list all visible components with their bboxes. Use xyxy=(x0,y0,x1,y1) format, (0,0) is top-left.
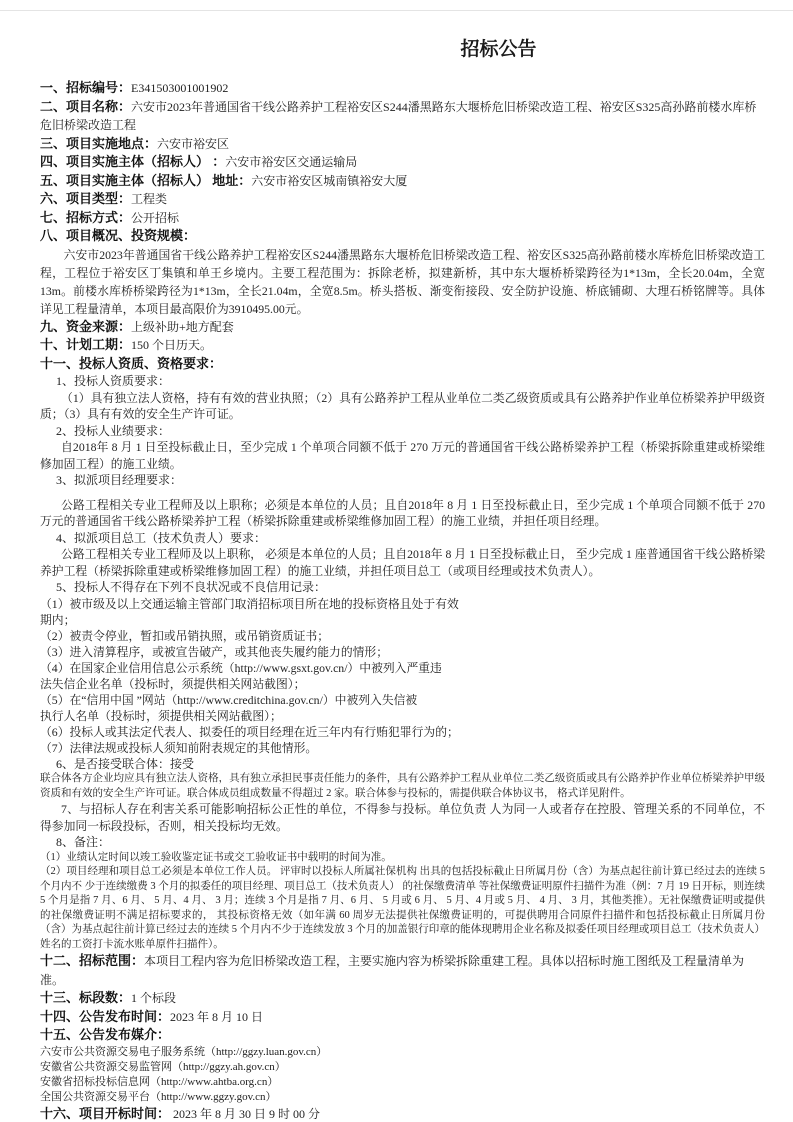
page-top-divider xyxy=(0,10,793,11)
item-value: 六安市裕安区交通运输局 xyxy=(225,155,357,169)
item-announcement-date: 十四、公告发布时间：2023 年 8 月 10 日 xyxy=(40,1008,765,1027)
item-project-location: 三、项目实施地点：六安市裕安区 xyxy=(40,135,765,154)
item-value: 本项目工程内容为危旧桥梁改造工程，主要实施内容为桥梁拆除重建工程。具体以招标时施… xyxy=(40,954,744,987)
item-entity-address: 五、项目实施主体（招标人） 地址：六安市裕安区城南镇裕安大厦 xyxy=(40,172,765,191)
media-channel-1: 六安市公共资源交易电子服务系统（http://ggzy.luan.gov.cn） xyxy=(40,1045,765,1060)
conflict-of-interest-paragraph: 7、与招标人存在利害关系可能影响招标公正性的单位，不得参与投标。单位负责 人为同… xyxy=(40,801,765,834)
overview-paragraph: 六安市2023年普通国省干线公路养护工程裕安区S244潘黑路东大堰桥危旧桥梁改造… xyxy=(40,246,765,318)
item-value: 六安市裕安区 xyxy=(157,137,229,151)
bad-record-line-4-cont: 法失信企业名单（投标时，须提供相关网站截图）； xyxy=(40,676,765,692)
subitem-performance-requirements: 2、投标人业绩要求： xyxy=(40,423,765,440)
item-tender-method: 七、招标方式：公开招标 xyxy=(40,209,765,228)
item-value: 工程类 xyxy=(131,192,167,206)
bad-record-line-3: （3）进入清算程序，或被宣告破产，或其他丧失履约能力的情形； xyxy=(40,644,765,660)
item-label: 四、项目实施主体（招标人） ： xyxy=(40,154,225,169)
media-channel-2: 安徽省公共资源交易监管网（http://ggzy.ah.gov.cn） xyxy=(40,1060,765,1075)
item-announcement-media-heading: 十五、公告发布媒介： xyxy=(40,1026,765,1045)
item-value: 公开招标 xyxy=(131,211,179,225)
item-overview-heading: 八、项目概况、投资规模： xyxy=(40,227,765,246)
item-funding-source: 九、资金来源：上级补助+地方配套 xyxy=(40,318,765,337)
item-label: 三、项目实施地点： xyxy=(40,136,157,151)
item-value: 上级补助+地方配套 xyxy=(131,320,234,334)
item-label: 五、项目实施主体（招标人） 地址： xyxy=(40,173,251,188)
item-label: 十一、投标人资质、资格要求： xyxy=(40,356,222,371)
item-label: 十、计划工期： xyxy=(40,337,131,352)
item-section-count: 十三、标段数：1 个标段 xyxy=(40,989,765,1008)
paragraph-spacer xyxy=(40,489,765,497)
bad-record-line-1-cont: 期内； xyxy=(40,612,765,628)
media-channel-3: 安徽省招标投标信息网（http://www.ahtba.org.cn） xyxy=(40,1075,765,1090)
remark-1: （1）业绩认定时间以竣工验收鉴定证书或交工验收证书中载明的时间为准。 xyxy=(40,851,765,866)
item-value: 1 个标段 xyxy=(131,991,176,1005)
subitem-project-manager-requirements: 3、拟派项目经理要求： xyxy=(40,472,765,489)
project-manager-requirements-paragraph: 公路工程相关专业工程师及以上职称；必须是本单位的人员；且自2018年 8 月 1… xyxy=(40,497,765,530)
subitem-consortium-acceptance: 6、是否接受联合体：接受 xyxy=(40,756,765,773)
item-value: 2023 年 8 月 10 日 xyxy=(170,1010,263,1024)
item-label: 十二、招标范围： xyxy=(40,953,144,968)
item-value: 六安市裕安区城南镇裕安大厦 xyxy=(251,174,407,188)
tender-announcement-document: 招标公告 一、招标编号：E341503001001902 二、项目名称：六安市2… xyxy=(0,34,793,1122)
page-title: 招标公告 xyxy=(40,34,765,61)
item-label: 十六、项目开标时间： xyxy=(40,1106,170,1121)
consortium-conditions-paragraph: 联合体各方企业均应具有独立法人资格，具有独立承担民事责任能力的条件，具有公路养护… xyxy=(40,772,765,801)
item-value: 六安市2023年普通国省干线公路养护工程裕安区S244潘黑路东大堰桥危旧桥梁改造… xyxy=(40,100,756,133)
item-label: 八、项目概况、投资规模： xyxy=(40,228,196,243)
qualification-requirements-paragraph: （1）具有独立法人资格，持有有效的营业执照；（2）具有公路养护工程从业单位二类乙… xyxy=(40,390,765,423)
item-value: 150 个日历天。 xyxy=(131,338,212,352)
item-value: E341503001001902 xyxy=(131,81,228,95)
bad-record-line-7: （7）法律法规或投标人须知前附表规定的其他情形。 xyxy=(40,740,765,756)
item-label: 二、项目名称： xyxy=(40,99,131,114)
bad-record-line-1: （1）被市级及以上交通运输主管部门取消招标项目所在地的投标资格且处于有效 xyxy=(40,596,765,612)
bad-record-line-5-cont: 执行人名单（投标时，须提供相关网站截图）； xyxy=(40,708,765,724)
item-implementing-entity: 四、项目实施主体（招标人） ：六安市裕安区交通运输局 xyxy=(40,153,765,172)
item-label: 九、资金来源： xyxy=(40,319,131,334)
item-qualification-heading: 十一、投标人资质、资格要求： xyxy=(40,355,765,374)
item-project-name: 二、项目名称：六安市2023年普通国省干线公路养护工程裕安区S244潘黑路东大堰… xyxy=(40,98,765,135)
item-value: 2023 年 8 月 30 日 9 时 00 分 xyxy=(170,1107,320,1121)
item-label: 十五、公告发布媒介： xyxy=(40,1027,170,1042)
item-label: 六、项目类型： xyxy=(40,191,131,206)
remark-2: （2）项目经理和项目总工必须是本单位工作人员。 评审时以投标人所属社保机构 出具… xyxy=(40,865,765,952)
subitem-remarks-heading: 8、备注： xyxy=(40,834,765,851)
subitem-bad-record-list-heading: 5、投标人不得存在下列不良状况或不良信用记录： xyxy=(40,579,765,596)
item-bid-opening-time: 十六、项目开标时间： 2023 年 8 月 30 日 9 时 00 分 xyxy=(40,1105,765,1122)
bad-record-line-6: （6）投标人或其法定代表人、拟委任的项目经理在近三年内有行贿犯罪行为的； xyxy=(40,724,765,740)
performance-requirements-paragraph: 自2018年 8 月 1 日至投标截止日，至少完成 1 个单项合同额不低于 27… xyxy=(40,439,765,472)
item-project-type: 六、项目类型：工程类 xyxy=(40,190,765,209)
bad-record-line-4: （4）在国家企业信用信息公示系统（http://www.gsxt.gov.cn/… xyxy=(40,660,765,676)
chief-engineer-requirements-paragraph: 公路工程相关专业工程师及以上职称， 必须是本单位的人员；且自2018年 8 月 … xyxy=(40,546,765,579)
item-tender-scope: 十二、招标范围：本项目工程内容为危旧桥梁改造工程，主要实施内容为桥梁拆除重建工程… xyxy=(40,952,765,989)
media-channel-4: 全国公共资源交易平台（http://www.ggzy.gov.cn） xyxy=(40,1090,765,1105)
item-label: 一、招标编号： xyxy=(40,80,131,95)
subitem-qualification-requirements: 1、投标人资质要求： xyxy=(40,373,765,390)
item-label: 十三、标段数： xyxy=(40,990,131,1005)
bad-record-line-2: （2）被责令停业，暂扣或吊销执照，或吊销资质证书； xyxy=(40,628,765,644)
item-label: 十四、公告发布时间： xyxy=(40,1009,170,1024)
item-tender-number: 一、招标编号：E341503001001902 xyxy=(40,79,765,98)
subitem-chief-engineer-requirements: 4、拟派项目总工（技术负责人）要求： xyxy=(40,530,765,547)
bad-record-line-5: （5）在“信用中国 ”网站（http://www.creditchina.gov… xyxy=(40,692,765,708)
item-label: 七、招标方式： xyxy=(40,210,131,225)
item-planned-duration: 十、计划工期：150 个日历天。 xyxy=(40,336,765,355)
